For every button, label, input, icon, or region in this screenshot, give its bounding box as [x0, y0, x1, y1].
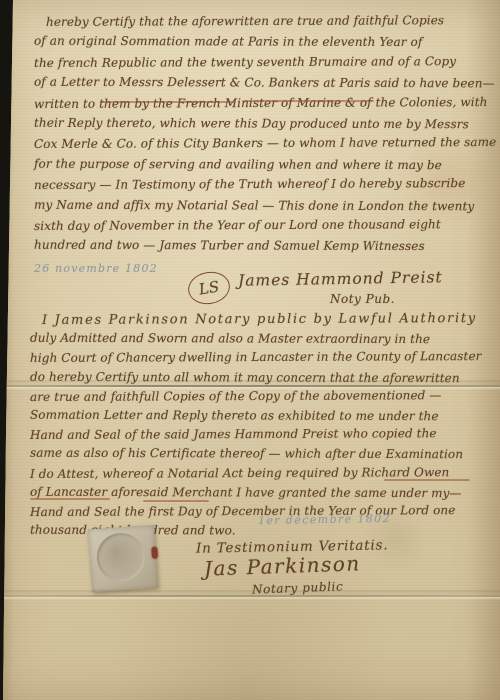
- hammond-signature-title: Noty Pub.: [330, 292, 395, 306]
- manuscript-page: hereby Certify that the aforewritten are…: [0, 0, 500, 700]
- ink-underline: [384, 479, 470, 481]
- ink-underline: [100, 101, 234, 103]
- notary-seal-row: LS James Hammond Preist: [188, 270, 443, 304]
- manuscript-line: my Name and affix my Notarial Seal — Thi…: [34, 194, 490, 216]
- embossed-seal-impression: [95, 532, 146, 583]
- parkinson-signature-title: Notary public: [252, 579, 344, 596]
- ink-underline: [244, 100, 374, 102]
- manuscript-line: sixth day of November in the Year of our…: [34, 214, 490, 236]
- wax-spot: [151, 547, 158, 559]
- manuscript-line: written to them by the French Minister o…: [34, 92, 490, 114]
- london-certificate-text: hereby Certify that the aforewritten are…: [34, 11, 490, 256]
- hammond-signature: James Hammond Preist: [238, 268, 443, 290]
- manuscript-line: I do Attest, whereof a Notarial Act bein…: [30, 463, 490, 484]
- lancaster-certificate-text: I James Parkinson Notary public by Lawfu…: [30, 310, 490, 540]
- wafer-seal: [88, 525, 158, 592]
- manuscript-line: hereby Certify that the aforewritten are…: [34, 10, 490, 32]
- parkinson-signature: Jas Parkinson: [204, 551, 361, 580]
- manuscript-line: high Court of Chancery dwelling in Lanca…: [30, 347, 490, 368]
- manuscript-line: of an original Sommation made at Paris i…: [34, 31, 490, 53]
- manuscript-line: I James Parkinson Notary public by Lawfu…: [30, 309, 490, 330]
- manuscript-line: of a Letter to Messrs Delessert & Co. Ba…: [34, 72, 490, 94]
- pencil-date-note: 1er décembre 1802: [258, 512, 391, 527]
- manuscript-line: Hand and Seal of the said James Hammond …: [30, 424, 490, 445]
- ink-underline: [143, 500, 209, 502]
- manuscript-line: same as also of his Certificate thereof …: [30, 444, 490, 465]
- manuscript-line: are true and faithfull Copies of the Cop…: [30, 386, 490, 407]
- pencil-date-note: 26 novembre 1802: [34, 262, 158, 275]
- manuscript-line: necessary — In Testimony of the Truth wh…: [34, 173, 490, 195]
- manuscript-line: the french Republic and the twenty seven…: [34, 51, 490, 73]
- manuscript-line: do hereby Certify unto all whom it may c…: [30, 367, 490, 388]
- manuscript-line: Cox Merle & Co. of this City Bankers — t…: [34, 132, 490, 154]
- manuscript-line: for the purpose of serving and availing …: [34, 154, 490, 176]
- manuscript-line: hundred and two — James Turber and Samue…: [34, 235, 490, 257]
- ink-underline: [30, 498, 110, 500]
- fold-crease: [0, 590, 500, 600]
- manuscript-line: of Lancaster aforesaid Merchant I have g…: [30, 483, 490, 504]
- locus-sigilli-mark: LS: [186, 269, 233, 308]
